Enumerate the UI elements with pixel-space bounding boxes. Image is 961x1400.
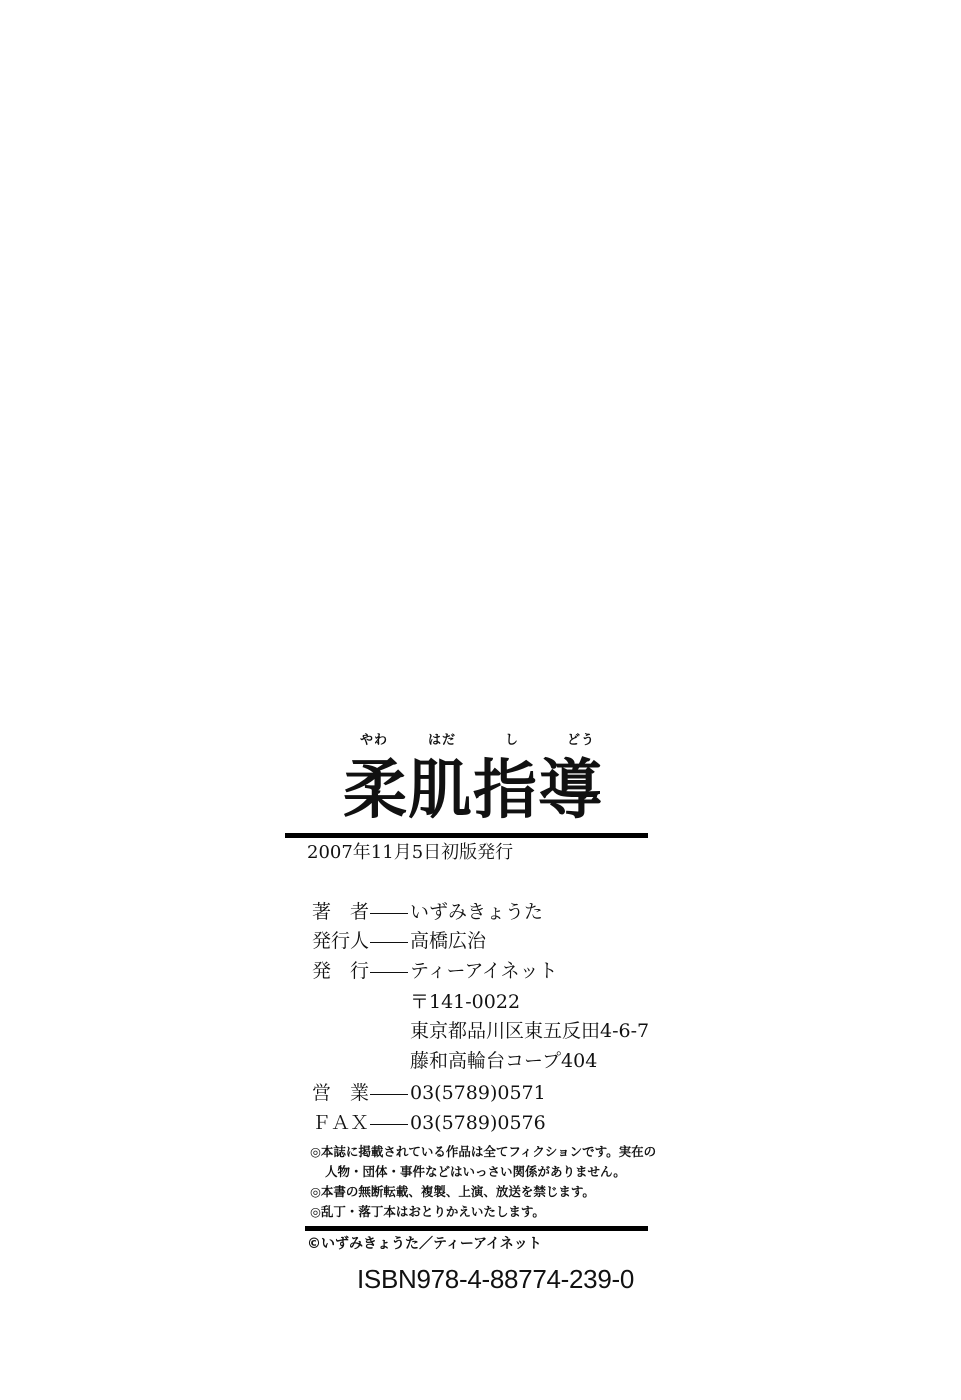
furigana-yawa: やわ [360,733,388,749]
credit-value: ティーアイネット [410,958,558,984]
credit-value: いずみきょうた [410,899,543,925]
credit-value: 高橋広治 [410,928,486,954]
note-fiction-disclaimer: ◎本誌に掲載されている作品は全てフィクションです。実在の [310,1143,656,1161]
isbn-number: ISBN978-4-88774-239-0 [357,1264,634,1294]
credit-row-publisher-person: 発行人 高橋広治 [312,928,486,954]
note-fiction-disclaimer-cont: 人物・団体・事件などはいっさい関係がありません。 [325,1163,626,1181]
leader-dash [370,942,408,943]
note-defect-replacement: ◎乱丁・落丁本はおとりかえいたします。 [310,1203,545,1221]
contact-row-sales: 営 業 03(5789)0571 [312,1080,546,1106]
contact-label: 営 業 [312,1080,370,1106]
credit-row-author: 著 者 いずみきょうた [312,899,543,925]
leader-dash [370,1094,408,1095]
furigana-hada: はだ [428,733,456,749]
address-line-2: 藤和高輪台コープ404 [410,1048,597,1074]
note-reproduction-prohibited: ◎本書の無断転載、複製、上演、放送を禁じます。 [310,1183,595,1201]
address-line-1: 東京都品川区東五反田4-6-7 [410,1018,649,1044]
book-title: 柔肌指導 [343,755,603,827]
leader-dash [370,913,408,914]
publication-date: 2007年11月5日初版発行 [307,842,513,864]
bottom-rule-divider [305,1226,648,1231]
postal-code: 〒141-0022 [410,989,520,1015]
credit-label: 発行人 [312,928,370,954]
contact-label: ＦＡＸ [312,1110,370,1136]
leader-dash [370,1124,408,1125]
contact-value: 03(5789)0576 [410,1110,546,1136]
credit-label: 発 行 [312,958,370,984]
top-rule-divider [285,833,648,838]
furigana-dou: どう [567,733,595,749]
credit-label: 著 者 [312,899,370,925]
leader-dash [370,972,408,973]
credit-row-publisher: 発 行 ティーアイネット [312,958,558,984]
contact-value: 03(5789)0571 [410,1080,546,1106]
contact-row-fax: ＦＡＸ 03(5789)0576 [312,1110,546,1136]
furigana-shi: し [505,733,519,749]
copyright-line: ©いずみきょうた／ティーアイネット [307,1235,542,1253]
